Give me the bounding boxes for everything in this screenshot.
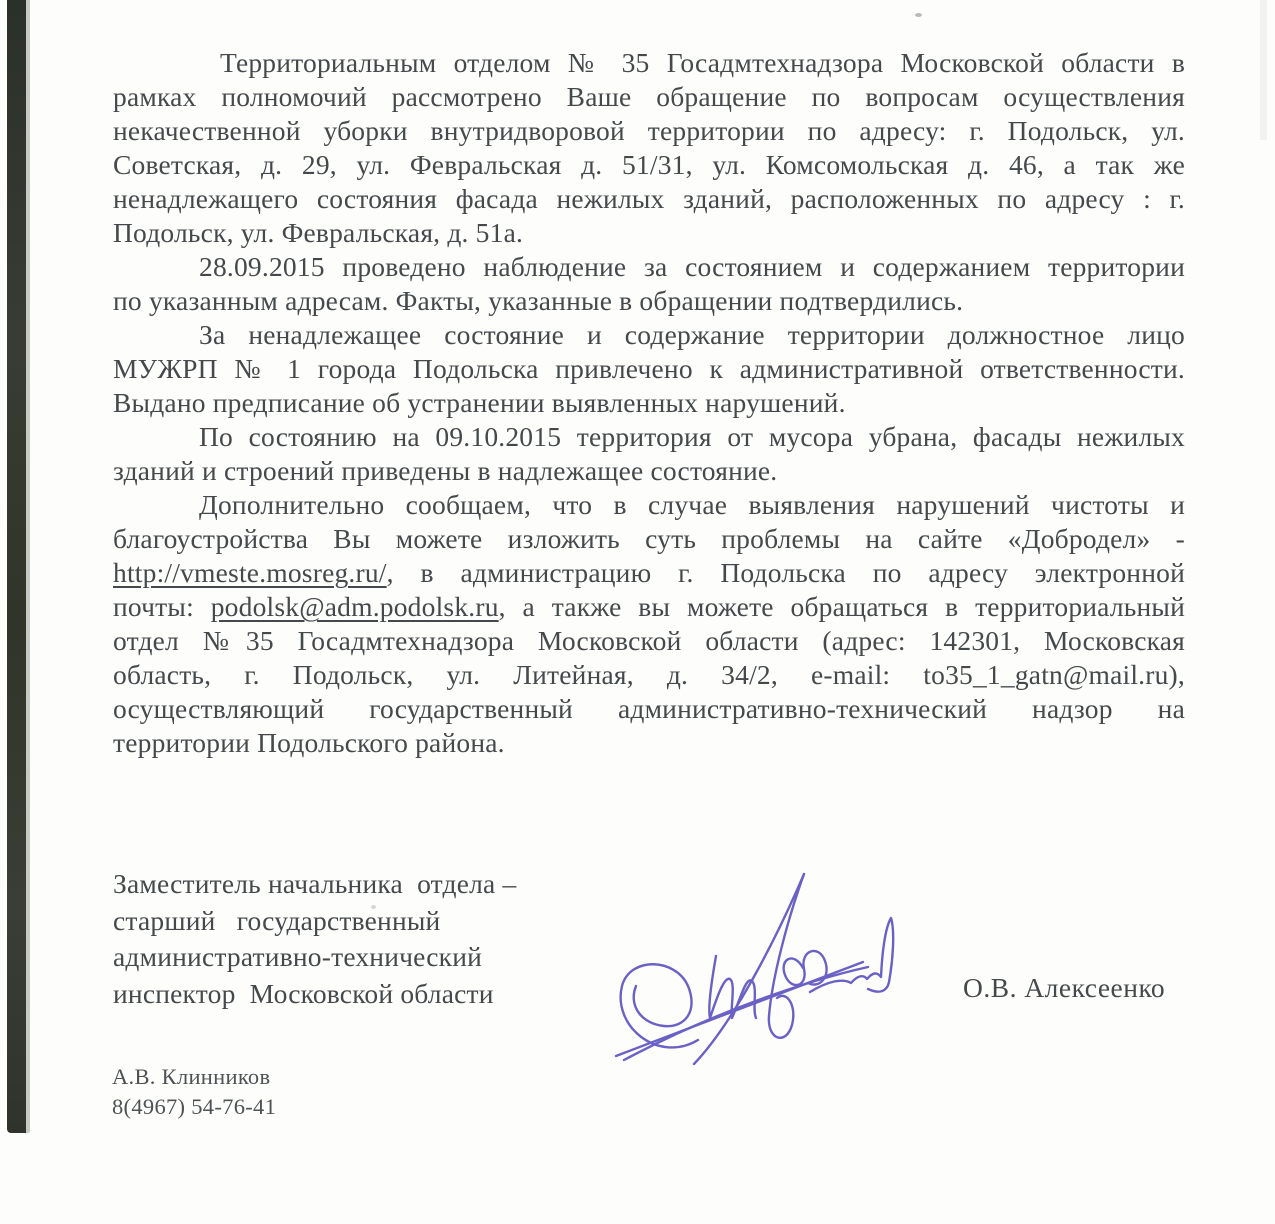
executor-contact-block: А.В. Клинников 8(4967) 54-76-41: [112, 1062, 276, 1122]
text-line: по указанным адресам. Факты, указанные в…: [113, 284, 1185, 318]
text-segment: , в администрацию г. Подольска по адресу…: [387, 557, 1185, 588]
text-segment: зданий и строений приведены в надлежащее…: [113, 455, 777, 486]
text-line: благоустройства Вы можете изложить суть …: [113, 522, 1185, 556]
scan-right-shading: [1260, 0, 1267, 140]
text-segment: территории Подольского района.: [113, 727, 505, 758]
signoff-title-line: административно-технический: [113, 939, 516, 976]
paragraph: Территориальным отделом № 35 Госадмтехна…: [113, 46, 1185, 250]
text-segment: Дополнительно сообщаем, что в случае выя…: [199, 489, 1185, 520]
text-segment: Подольск, ул. Февральская, д. 51а.: [113, 217, 523, 248]
text-line: 28.09.2015 проведено наблюдение за состо…: [113, 250, 1185, 284]
scanner-edge-artifact: [7, 0, 30, 1133]
text-line: http://vmeste.mosreg.ru/, в администраци…: [113, 556, 1185, 590]
text-segment: отдел №35 Госадмтехнадзора Московской об…: [113, 625, 1185, 656]
text-line: отдел №35 Госадмтехнадзора Московской об…: [113, 624, 1185, 658]
text-segment: 28.09.2015 проведено наблюдение за состо…: [199, 251, 1185, 282]
text-segment: осуществляющий государственный администр…: [113, 693, 1185, 724]
text-segment: За ненадлежащее состояние и содержание т…: [199, 319, 1185, 350]
text-segment: По состоянию на 09.10.2015 территория от…: [199, 421, 1185, 452]
scan-speck: [915, 13, 922, 17]
text-segment: рамках полномочий рассмотрено Ваше обращ…: [113, 81, 1185, 112]
text-line: Советская, д. 29, ул. Февральская д. 51/…: [113, 148, 1185, 182]
text-line: зданий и строений приведены в надлежащее…: [113, 454, 1185, 488]
text-line: Подольск, ул. Февральская, д. 51а.: [113, 216, 1185, 250]
text-segment: некачественной уборки внутридворовой тер…: [113, 115, 1185, 146]
text-line: почты: podolsk@adm.podolsk.ru, а также в…: [113, 590, 1185, 624]
text-line: Дополнительно сообщаем, что в случае выя…: [113, 488, 1185, 522]
text-line: Выдано предписание об устранении выявлен…: [113, 386, 1185, 420]
underlined-url-text: podolsk@adm.podolsk.ru: [211, 591, 499, 622]
paragraph: Дополнительно сообщаем, что в случае выя…: [113, 488, 1185, 760]
text-line: МУЖРП № 1 города Подольска привлечено к …: [113, 352, 1185, 386]
text-segment: Советская, д. 29, ул. Февральская д. 51/…: [113, 149, 1185, 180]
text-line: осуществляющий государственный администр…: [113, 692, 1185, 726]
underlined-url-text: http://vmeste.mosreg.ru/: [113, 557, 387, 588]
text-line: рамках полномочий рассмотрено Ваше обращ…: [113, 80, 1185, 114]
text-line: ненадлежащего состояния фасада нежилых з…: [113, 182, 1185, 216]
handwritten-signature-icon: [598, 858, 920, 1070]
text-line: некачественной уборки внутридворовой тер…: [113, 114, 1185, 148]
text-line: область, г. Подольск, ул. Литейная, д. 3…: [113, 658, 1185, 692]
text-segment: Территориальным отделом № 35 Госадмтехна…: [220, 47, 1185, 78]
paragraph: По состоянию на 09.10.2015 территория от…: [113, 420, 1185, 488]
signoff-title-line: инспектор Московской области: [113, 976, 516, 1013]
paragraph: 28.09.2015 проведено наблюдение за состо…: [113, 250, 1185, 318]
text-segment: Выдано предписание об устранении выявлен…: [113, 387, 846, 418]
executor-phone: 8(4967) 54-76-41: [112, 1092, 276, 1122]
text-segment: , а также вы можете обращаться в террито…: [499, 591, 1185, 622]
signoff-block: Заместитель начальника отдела – старший …: [113, 866, 516, 1012]
text-segment: МУЖРП № 1 города Подольска привлечено к …: [113, 353, 1185, 384]
text-segment: благоустройства Вы можете изложить суть …: [113, 523, 1185, 554]
text-line: По состоянию на 09.10.2015 территория от…: [113, 420, 1185, 454]
scanned-letter-page: { "scan": { "paper_color": "#fdfdfc", "t…: [0, 0, 1275, 1224]
text-line: Территориальным отделом № 35 Госадмтехна…: [113, 46, 1185, 80]
signoff-title-line: старший государственный: [113, 903, 516, 940]
text-line: За ненадлежащее состояние и содержание т…: [113, 318, 1185, 352]
paragraph: За ненадлежащее состояние и содержание т…: [113, 318, 1185, 420]
text-line: территории Подольского района.: [113, 726, 1185, 760]
signer-name: О.В. Алексеенко: [963, 972, 1165, 1004]
text-segment: ненадлежащего состояния фасада нежилых з…: [113, 183, 1185, 214]
text-segment: область, г. Подольск, ул. Литейная, д. 3…: [113, 659, 1185, 690]
executor-name: А.В. Клинников: [112, 1062, 276, 1092]
text-segment: почты:: [113, 591, 211, 622]
text-segment: по указанным адресам. Факты, указанные в…: [113, 285, 963, 316]
signoff-title-line: Заместитель начальника отдела –: [113, 866, 516, 903]
document-body: Территориальным отделом № 35 Госадмтехна…: [113, 46, 1185, 760]
